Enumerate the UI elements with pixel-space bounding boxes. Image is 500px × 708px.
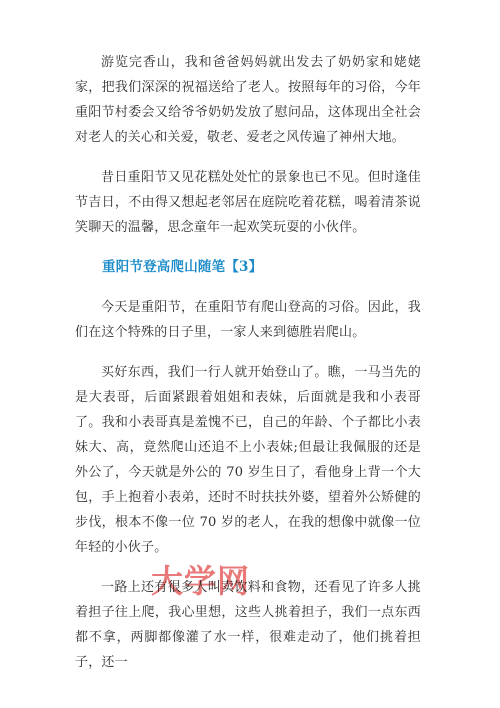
- paragraph-vendors-on-path: 一路上还有很多人叫卖饮料和食物，还看见了许多人挑着担子往上爬，我心里想，这些人挑…: [75, 575, 421, 675]
- paragraph-flower-cake-memory: 昔日重阳节又见花糕处处忙的景象也已不见。但时逢佳节吉日，不由得又想起老邻居在庭院…: [75, 165, 421, 240]
- section-heading-essay-3: 重阳节登高爬山随笔【3】: [75, 255, 421, 280]
- article-body: 游览完香山，我和爸爸妈妈就出发去了奶奶家和姥姥家，把我们深深的祝福送给了老人。按…: [75, 50, 421, 690]
- paragraph-chongyang-custom: 今天是重阳节，在重阳节有爬山登高的习俗。因此，我们在这个特殊的日子里，一家人来到…: [75, 295, 421, 345]
- paragraph-visit-grandparents: 游览完香山，我和爸爸妈妈就出发去了奶奶家和姥姥家，把我们深深的祝福送给了老人。按…: [75, 50, 421, 150]
- document-page: 大学网 游览完香山，我和爸爸妈妈就出发去了奶奶家和姥姥家，把我们深深的祝福送给了…: [0, 0, 500, 708]
- paragraph-climbing-family: 买好东西，我们一行人就开始登山了。瞧，一马当先的是大表哥，后面紧跟着姐姐和表妹，…: [75, 360, 421, 560]
